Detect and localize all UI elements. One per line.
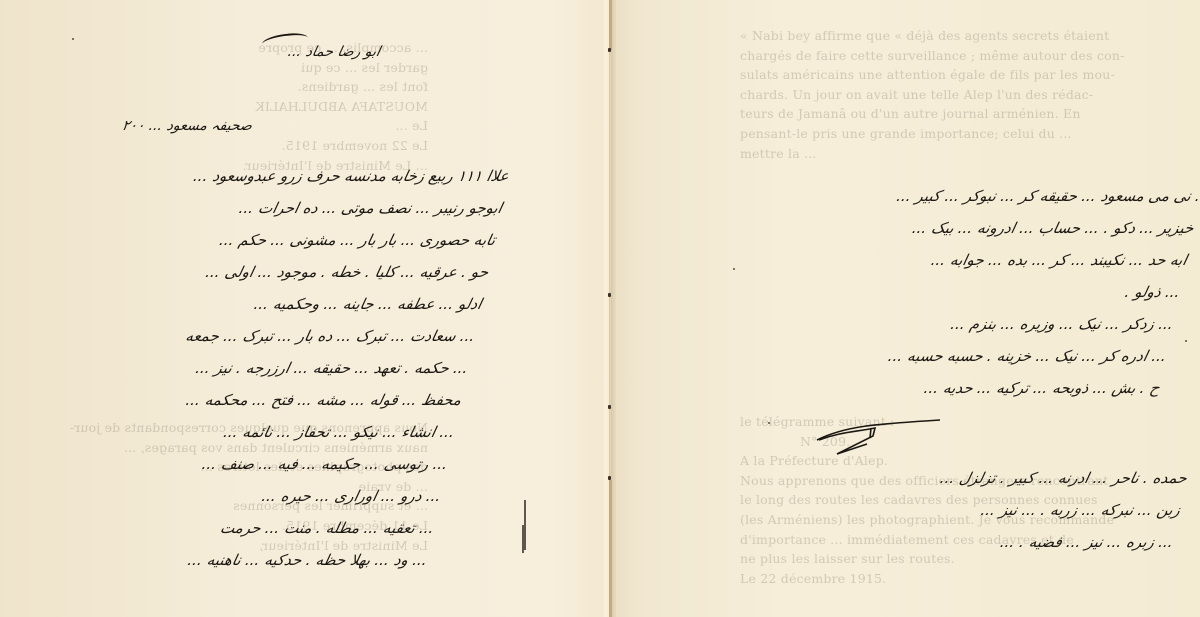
- handwritten-line: ح . بش ... ذوبحه ... ترکیه ... حدیه ...: [711, 372, 1163, 404]
- handwritten-line: ... ذولو .: [1067, 276, 1184, 308]
- handwritten-line: ادلو ... عطفه ... جاینه ... وحکمیه ...: [28, 288, 485, 320]
- bleed-through-text-right-top: « Nabi bey affirme que « déjà des agents…: [740, 26, 1190, 163]
- page-edge-top: [609, 0, 612, 50]
- bleed-line: mettre la ...: [740, 144, 1190, 164]
- handwritten-line: ... درو ... اوراری ... حیره ...: [0, 480, 444, 512]
- handwritten-line: ... زبره ... نیز ... فضیه . ...: [750, 526, 1177, 558]
- margin-bracket-mark: [524, 500, 526, 550]
- bleed-line: MOUSTAFA ABDULHALIK: [28, 97, 428, 117]
- handwritten-line: زبن ... نبرکه ... زربه . ... نیز ...: [757, 494, 1184, 526]
- handwritten-line: ابوجو رنیبر ... نصف موتی ... ده احرات ..…: [49, 192, 506, 224]
- binding-stitch: [608, 405, 611, 409]
- bleed-line: le télégramme suivant :: [740, 412, 1190, 432]
- handwritten-line: ... ادره کر ... نیک ... خزینه . حسبه حسب…: [718, 340, 1170, 372]
- paper-speck: [733, 268, 735, 270]
- handwritten-line: ... ود ... بهلا حظه . حدکیه ... ناهنیه .…: [0, 544, 431, 576]
- handwritten-line: ... سعادت ... تبرک ... ده بار ... تبرک .…: [21, 320, 478, 352]
- left-heading-line-2: صحیفہ مسعود ... ۲۰۰: [20, 118, 253, 134]
- handwritten-line: . نی می مسعود ... حقیقه کر ... نبوکر ...…: [752, 180, 1200, 212]
- left-heading-line-1: ابو رضا حماد ...: [248, 44, 381, 60]
- handwritten-line: خیزیر ... دکو . ... حساب ... ادرونه ... …: [745, 212, 1197, 244]
- bleed-line: « Nabi bey affirme que « déjà des agents…: [740, 26, 1190, 46]
- bleed-line: chargés de faire cette surveillance ; mê…: [740, 46, 1190, 66]
- handwritten-line: محفظ ... قوله ... مشه ... فتح ... محکمه …: [8, 384, 465, 416]
- handwritten-line: ... زدکر ... نیک ... وزیره ... بنزم ...: [725, 308, 1177, 340]
- bleed-line: garder les ... ce qui: [28, 58, 428, 78]
- bleed-line: chards. Un jour on avait une telle Alep …: [740, 85, 1190, 105]
- handwritten-line: حمده . ناحر ... ادرنه ... کبیر . تزلزل .…: [763, 462, 1190, 494]
- handwritten-line: علاا ۱۱۱ ربیع زخابه مدنسه حرف زرو عبدوسع…: [55, 160, 512, 192]
- bleed-line: pensant-le pris une grande importance; c…: [740, 124, 1190, 144]
- handwritten-line: ... تعقیه ... مطله . منت ... حرمت: [0, 512, 437, 544]
- bleed-line: N° 209.: [740, 432, 1190, 452]
- handwritten-line: ... انشاء ... نیکو ... تحفاز ... نائمه .…: [1, 416, 458, 448]
- bleed-line: Le 22 novembre 1915.: [28, 136, 428, 156]
- paper-speck: [768, 422, 770, 424]
- handwritten-line: ... رتوسی ... حکیمه ... فیه ... صنف ...: [0, 448, 451, 480]
- right-handwritten-body-top: . نی می مسعود ... حقیقه کر ... نبوکر ...…: [711, 180, 1200, 404]
- handwritten-line: تابه حصوری ... بار بار ... مشونی ... حکم…: [42, 224, 499, 256]
- handwritten-line: ... حکمه . تعهد ... حقیقه ... ارزرجه . ن…: [15, 352, 472, 384]
- right-handwritten-body-bottom: حمده . ناحر ... ادرنه ... کبیر . تزلزل .…: [750, 462, 1190, 558]
- handwritten-line: حو . عرقیه ... کلیا . خطه . موجود ... او…: [35, 256, 492, 288]
- bleed-line: sulats américains une attention égale de…: [740, 65, 1190, 85]
- bleed-line: Le 22 décembre 1915.: [740, 569, 1190, 589]
- binding-stitch: [608, 293, 611, 297]
- paper-speck: [1185, 340, 1187, 342]
- book-spread: « Nabi bey affirme que « déjà des agents…: [0, 0, 1200, 617]
- bleed-line: teurs de Jamanâ ou d'un autre journal ar…: [740, 104, 1190, 124]
- binding-stitch: [608, 48, 611, 52]
- left-handwritten-body: علاا ۱۱۱ ربیع زخابه مدنسه حرف زرو عبدوسع…: [0, 160, 512, 576]
- handwritten-line: ابه حد ... نکیبند ... کر ... بده ... جوا…: [738, 244, 1190, 276]
- binding-stitch: [608, 476, 611, 480]
- page-edge-bottom: [609, 480, 612, 617]
- bleed-line: font les ... gardiens.: [28, 77, 428, 97]
- paper-speck: [72, 38, 74, 40]
- signature-flourish-icon: [815, 418, 945, 463]
- margin-bracket-mark: [522, 525, 524, 553]
